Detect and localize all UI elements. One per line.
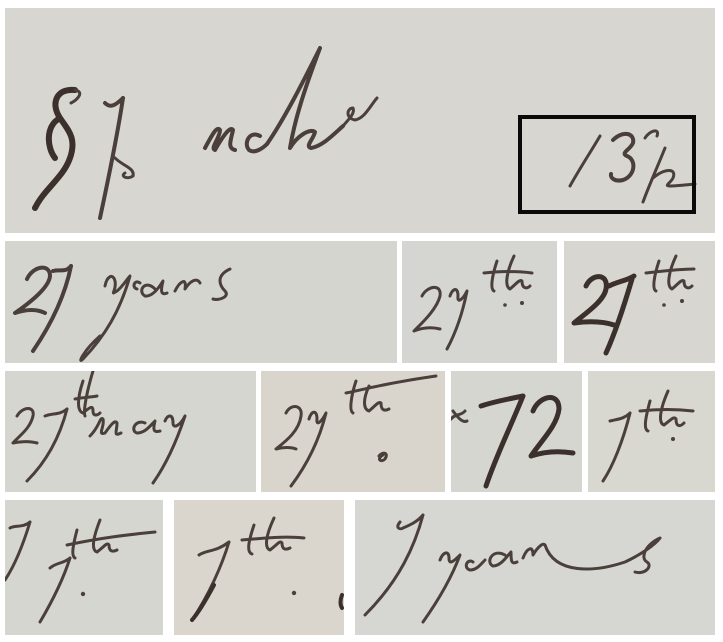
snippet-7th-c: 7th [174,500,344,635]
highlight-box: 13 1/2 [518,115,696,214]
handwriting-27th-may [5,371,256,492]
snippet-27th-a: 27th [402,241,557,363]
snippet-7th-b: 7th [5,500,163,635]
handwriting-27th-b [564,241,715,363]
handwriting-7th-c [174,500,344,635]
snippet-27th-c: 27th [261,371,445,492]
snippet-87-inches: 87 inches 13 1/2 [5,8,715,233]
handwriting-27th-c [261,371,445,492]
handwriting-7th-b [5,500,163,635]
handwriting-27th-a [402,241,557,363]
handwriting-7th-a [588,371,715,492]
snippet-72: 72 [451,371,582,492]
handwriting-7-years [355,500,715,635]
handwriting-27-years [5,241,397,363]
handwriting-72 [451,371,582,492]
snippet-27th-may: 27th May [5,371,256,492]
snippet-27th-b: 27th [564,241,715,363]
snippet-7-years: 7 years [355,500,715,635]
snippet-7th-a: 7th [588,371,715,492]
highlighted-value: 13 1/2 [522,119,523,120]
snippet-27-years: 27 years [5,241,397,363]
